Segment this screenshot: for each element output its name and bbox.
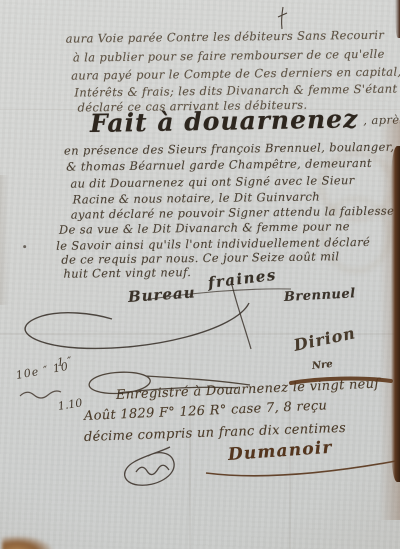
manuscript-line: huit Cent vingt neuf. [63, 265, 191, 281]
manuscript-line: De sa vue & le Dit Divanarch & femme pou… [59, 219, 350, 237]
bottom-paraph [125, 447, 175, 485]
receiver-signature: Dumanoir [227, 438, 333, 465]
manuscript-photo: aura Voie parée Contre les débiteurs San… [0, 0, 400, 549]
photo-background-corner [395, 0, 400, 38]
manuscript-line: & thomas Béarnuel garde Champêtre, demeu… [66, 156, 372, 174]
manuscript-line: en présence des Sieurs françois Brennuel… [64, 140, 395, 158]
photo-background-edge [391, 146, 400, 482]
notary-title-abbrev: Nre [311, 359, 333, 372]
registration-line: Enregistré à Douarnenez le vingt neuf [116, 377, 380, 403]
manuscript-line: au dit Douarnenez qui ont Signé avec le … [70, 173, 354, 190]
signature-flourish-loop [25, 303, 249, 348]
margin-fee: 10e ″ 10 [15, 360, 70, 382]
witness-signature: Bureau [127, 283, 196, 306]
margin-squiggle [20, 391, 61, 398]
witness-signature: Brennuel [284, 286, 356, 305]
margin-fee-total: 1.10 [57, 396, 83, 413]
manuscript-line: de ce requis par nous. Ce jour Seize aoû… [61, 249, 339, 266]
ink-dot [23, 245, 26, 248]
paragraph-closing: en présence des Sieurs françois Brennuel… [0, 0, 400, 302]
paper-edge-blotch [2, 536, 52, 549]
notary-signature: Dirion [292, 323, 357, 355]
